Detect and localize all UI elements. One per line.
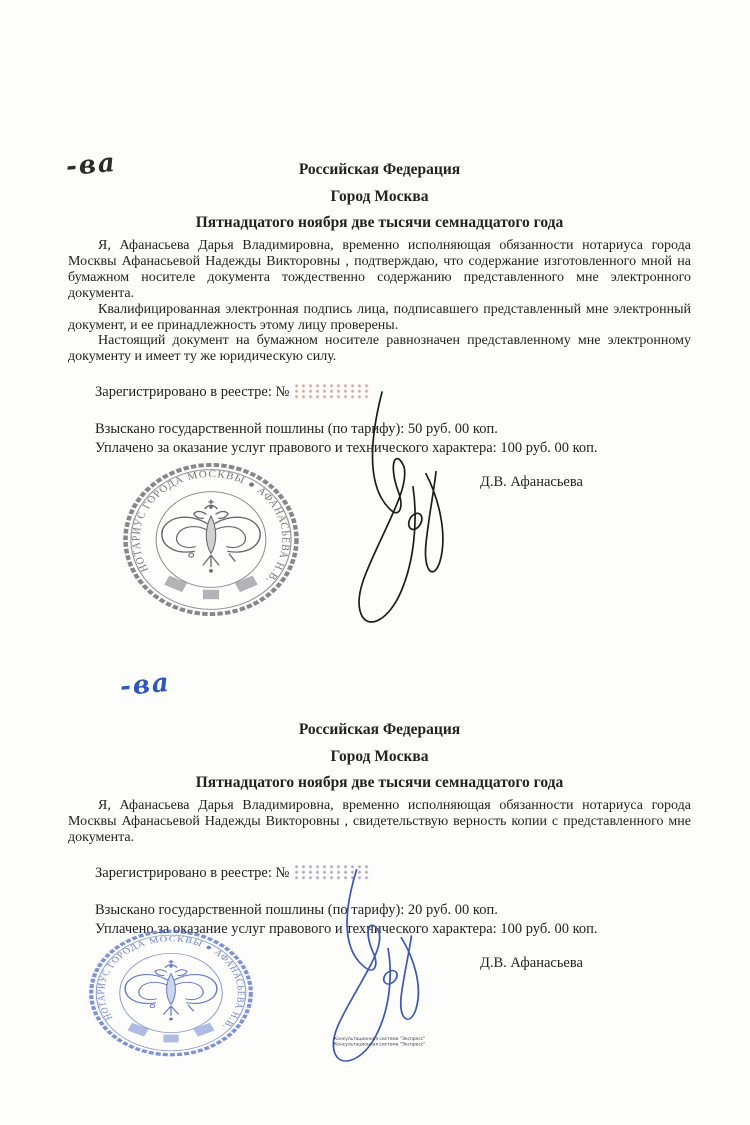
paragraph: Я, Афанасьева Дарья Владимировна, времен… bbox=[68, 238, 691, 302]
paragraph: Квалифицированная электронная подпись ли… bbox=[68, 302, 691, 334]
notary-seal-1: НОТАРИУС ГОРОДА МОСКВЫ ● АФАНАСЬЕВА Н.В. bbox=[121, 461, 301, 618]
notary-seal-2: НОТАРИУС ГОРОДА МОСКВЫ ● АФАНАСЬЕВА Н.В. bbox=[87, 928, 255, 1058]
header-country: Российская Федерация bbox=[68, 722, 691, 738]
header-date: Пятнадцатого ноября две тысячи семнадцат… bbox=[68, 775, 691, 791]
header-city: Город Москва bbox=[68, 749, 691, 765]
fine-print-line: Консультационная система "Экспресс" bbox=[334, 1036, 425, 1041]
registry-label: Зарегистрировано в реестре: № bbox=[95, 384, 289, 400]
paragraph: Настоящий документ на бумажном носителе … bbox=[68, 333, 691, 365]
certification-text-2: Я, Афанасьева Дарья Владимировна, времен… bbox=[68, 798, 691, 846]
registry-label: Зарегистрировано в реестре: № bbox=[95, 865, 289, 881]
fine-print-line: Консультационная система "Экспресс" bbox=[334, 1041, 425, 1046]
scanned-notarial-document: -ва Российская Федерация Город Москва Пя… bbox=[0, 0, 750, 1125]
double-headed-eagle-icon bbox=[125, 960, 217, 1016]
double-headed-eagle-icon bbox=[162, 499, 260, 567]
signatory-name: Д.В. Афанасьева bbox=[480, 955, 691, 972]
certification-text-1: Я, Афанасьева Дарья Владимировна, времен… bbox=[68, 238, 691, 365]
notary-signature-1 bbox=[338, 378, 478, 640]
handwritten-mark-2: -ва bbox=[119, 668, 172, 702]
paragraph: Я, Афанасьева Дарья Владимировна, времен… bbox=[68, 798, 691, 846]
header-city: Город Москва bbox=[68, 189, 691, 205]
header-date: Пятнадцатого ноября две тысячи семнадцат… bbox=[68, 215, 691, 231]
signatory-name: Д.В. Афанасьева bbox=[480, 474, 691, 491]
header-country: Российская Федерация bbox=[68, 162, 691, 178]
fine-print-watermark: Консультационная система "Экспресс" Конс… bbox=[334, 1036, 425, 1047]
